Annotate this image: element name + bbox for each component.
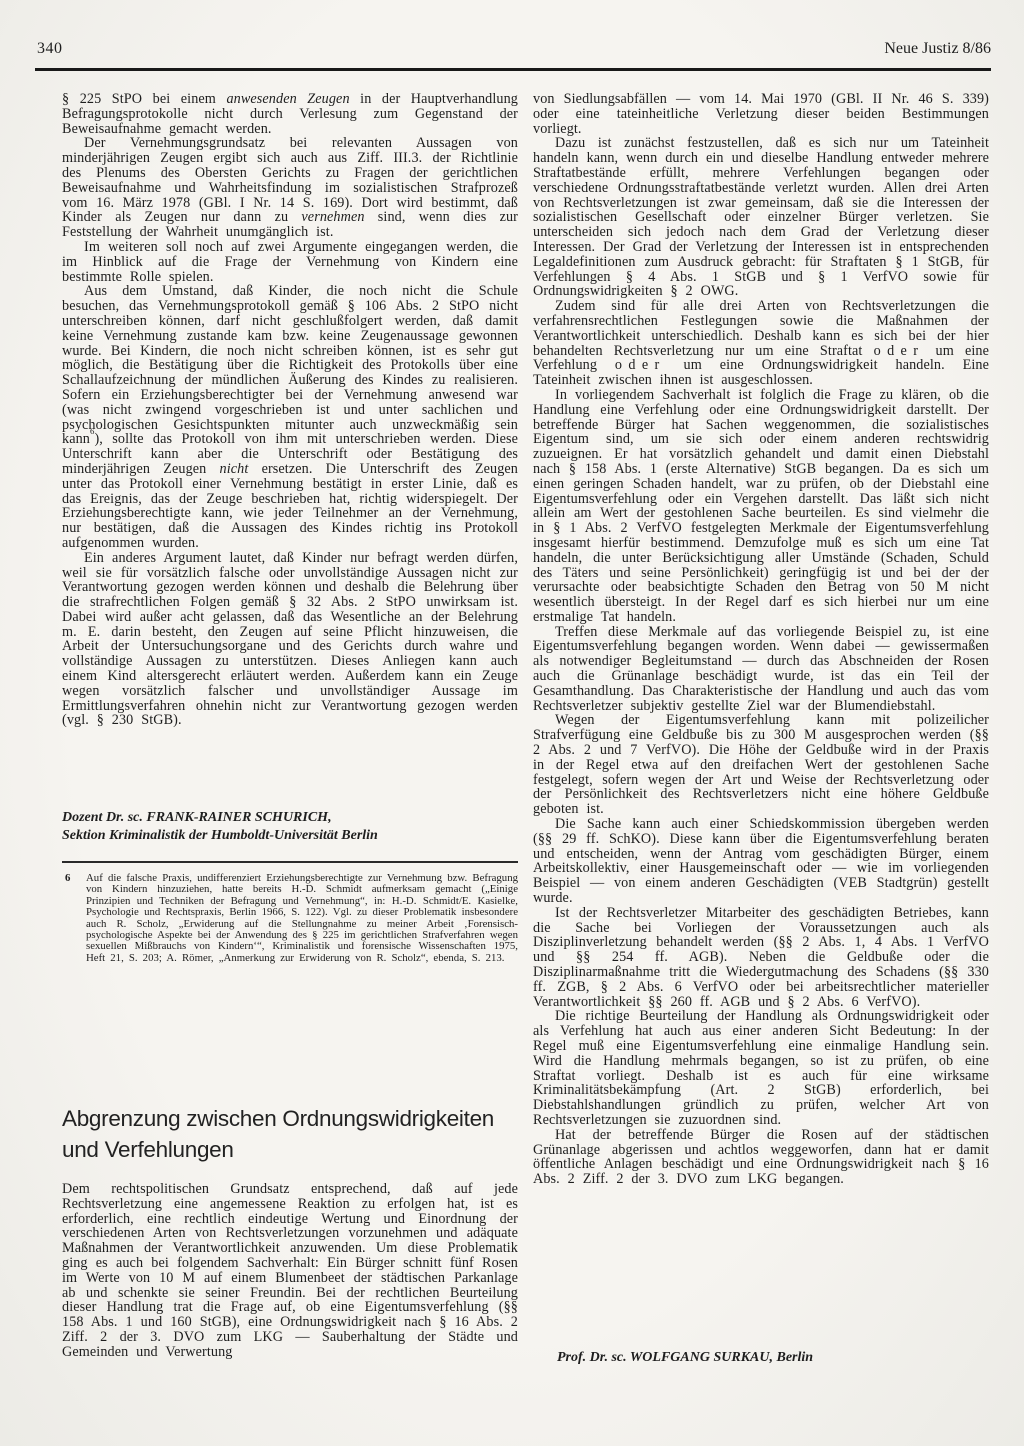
left-column: § 225 StPO bei einem anwesenden Zeugen i… <box>62 0 518 1446</box>
footnote-number: 6 <box>65 873 70 884</box>
paragraph: Die Sache kann auch einer Schiedskommiss… <box>533 817 989 906</box>
footnote-rule <box>62 861 518 863</box>
paragraph: Ist der Rechtsverletzer Mitarbeiter des … <box>533 906 989 1010</box>
article2-text-right: von Siedlungsabfällen — vom 14. Mai 1970… <box>533 92 989 1187</box>
paragraph: Ein anderes Argument lautet, daß Kinder … <box>62 551 518 729</box>
paragraph: Im weiteren soll noch auf zwei Argumente… <box>62 240 518 284</box>
paragraph: Wegen der Eigentumsverfehlung kann mit p… <box>533 713 989 817</box>
article2-author: Prof. Dr. sc. WOLFGANG SURKAU, Berlin <box>533 1350 813 1366</box>
article2-heading-line2: und Verfehlungen <box>62 1137 234 1162</box>
right-column: von Siedlungsabfällen — vom 14. Mai 1970… <box>533 0 989 1446</box>
paragraph: In vorliegendem Sachverhalt ist folglich… <box>533 388 989 625</box>
paragraph: § 225 StPO bei einem anwesenden Zeugen i… <box>62 92 518 136</box>
footnote-6: 6 Auf die falsche Praxis, undifferenzier… <box>62 873 518 964</box>
article2-heading-line1: Abgrenzung zwischen Ordnungswidrigkeiten <box>62 1106 494 1131</box>
journal-page: 340 Neue Justiz 8/86 § 225 StPO bei eine… <box>0 0 1024 1446</box>
paragraph: Die richtige Beurteilung der Handlung al… <box>533 1009 989 1127</box>
article2-author-name: Prof. Dr. sc. WOLFGANG SURKAU, Berlin <box>557 1350 813 1365</box>
page-number: 340 <box>37 40 63 58</box>
article1-text: § 225 StPO bei einem anwesenden Zeugen i… <box>62 92 518 728</box>
paragraph: Hat der betreffende Bürger die Rosen auf… <box>533 1128 989 1187</box>
article2-text-left: Dem rechtspolitischen Grundsatz entsprec… <box>62 1182 518 1360</box>
article1-author-affiliation: Sektion Kriminalistik der Humboldt-Unive… <box>62 827 378 845</box>
paragraph: Dazu ist zunächst festzustellen, daß es … <box>533 136 989 299</box>
paragraph: Dem rechtspolitischen Grundsatz entsprec… <box>62 1182 518 1360</box>
paragraph: Der Vernehmungsgrundsatz bei relevanten … <box>62 136 518 240</box>
footnote-text: Auf die falsche Praxis, undifferenziert … <box>86 872 518 964</box>
article1-author-name: Dozent Dr. sc. FRANK-RAINER SCHURICH, <box>62 809 378 827</box>
paragraph: von Siedlungsabfällen — vom 14. Mai 1970… <box>533 92 989 136</box>
article1-author: Dozent Dr. sc. FRANK-RAINER SCHURICH, Se… <box>62 809 378 844</box>
article2-heading: Abgrenzung zwischen Ordnungswidrigkeiten… <box>62 1103 494 1165</box>
paragraph: Treffen diese Merkmale auf das vorliegen… <box>533 625 989 714</box>
paragraph: Zudem sind für alle drei Arten von Recht… <box>533 299 989 388</box>
paragraph: Aus dem Umstand, daß Kinder, die noch ni… <box>62 284 518 550</box>
